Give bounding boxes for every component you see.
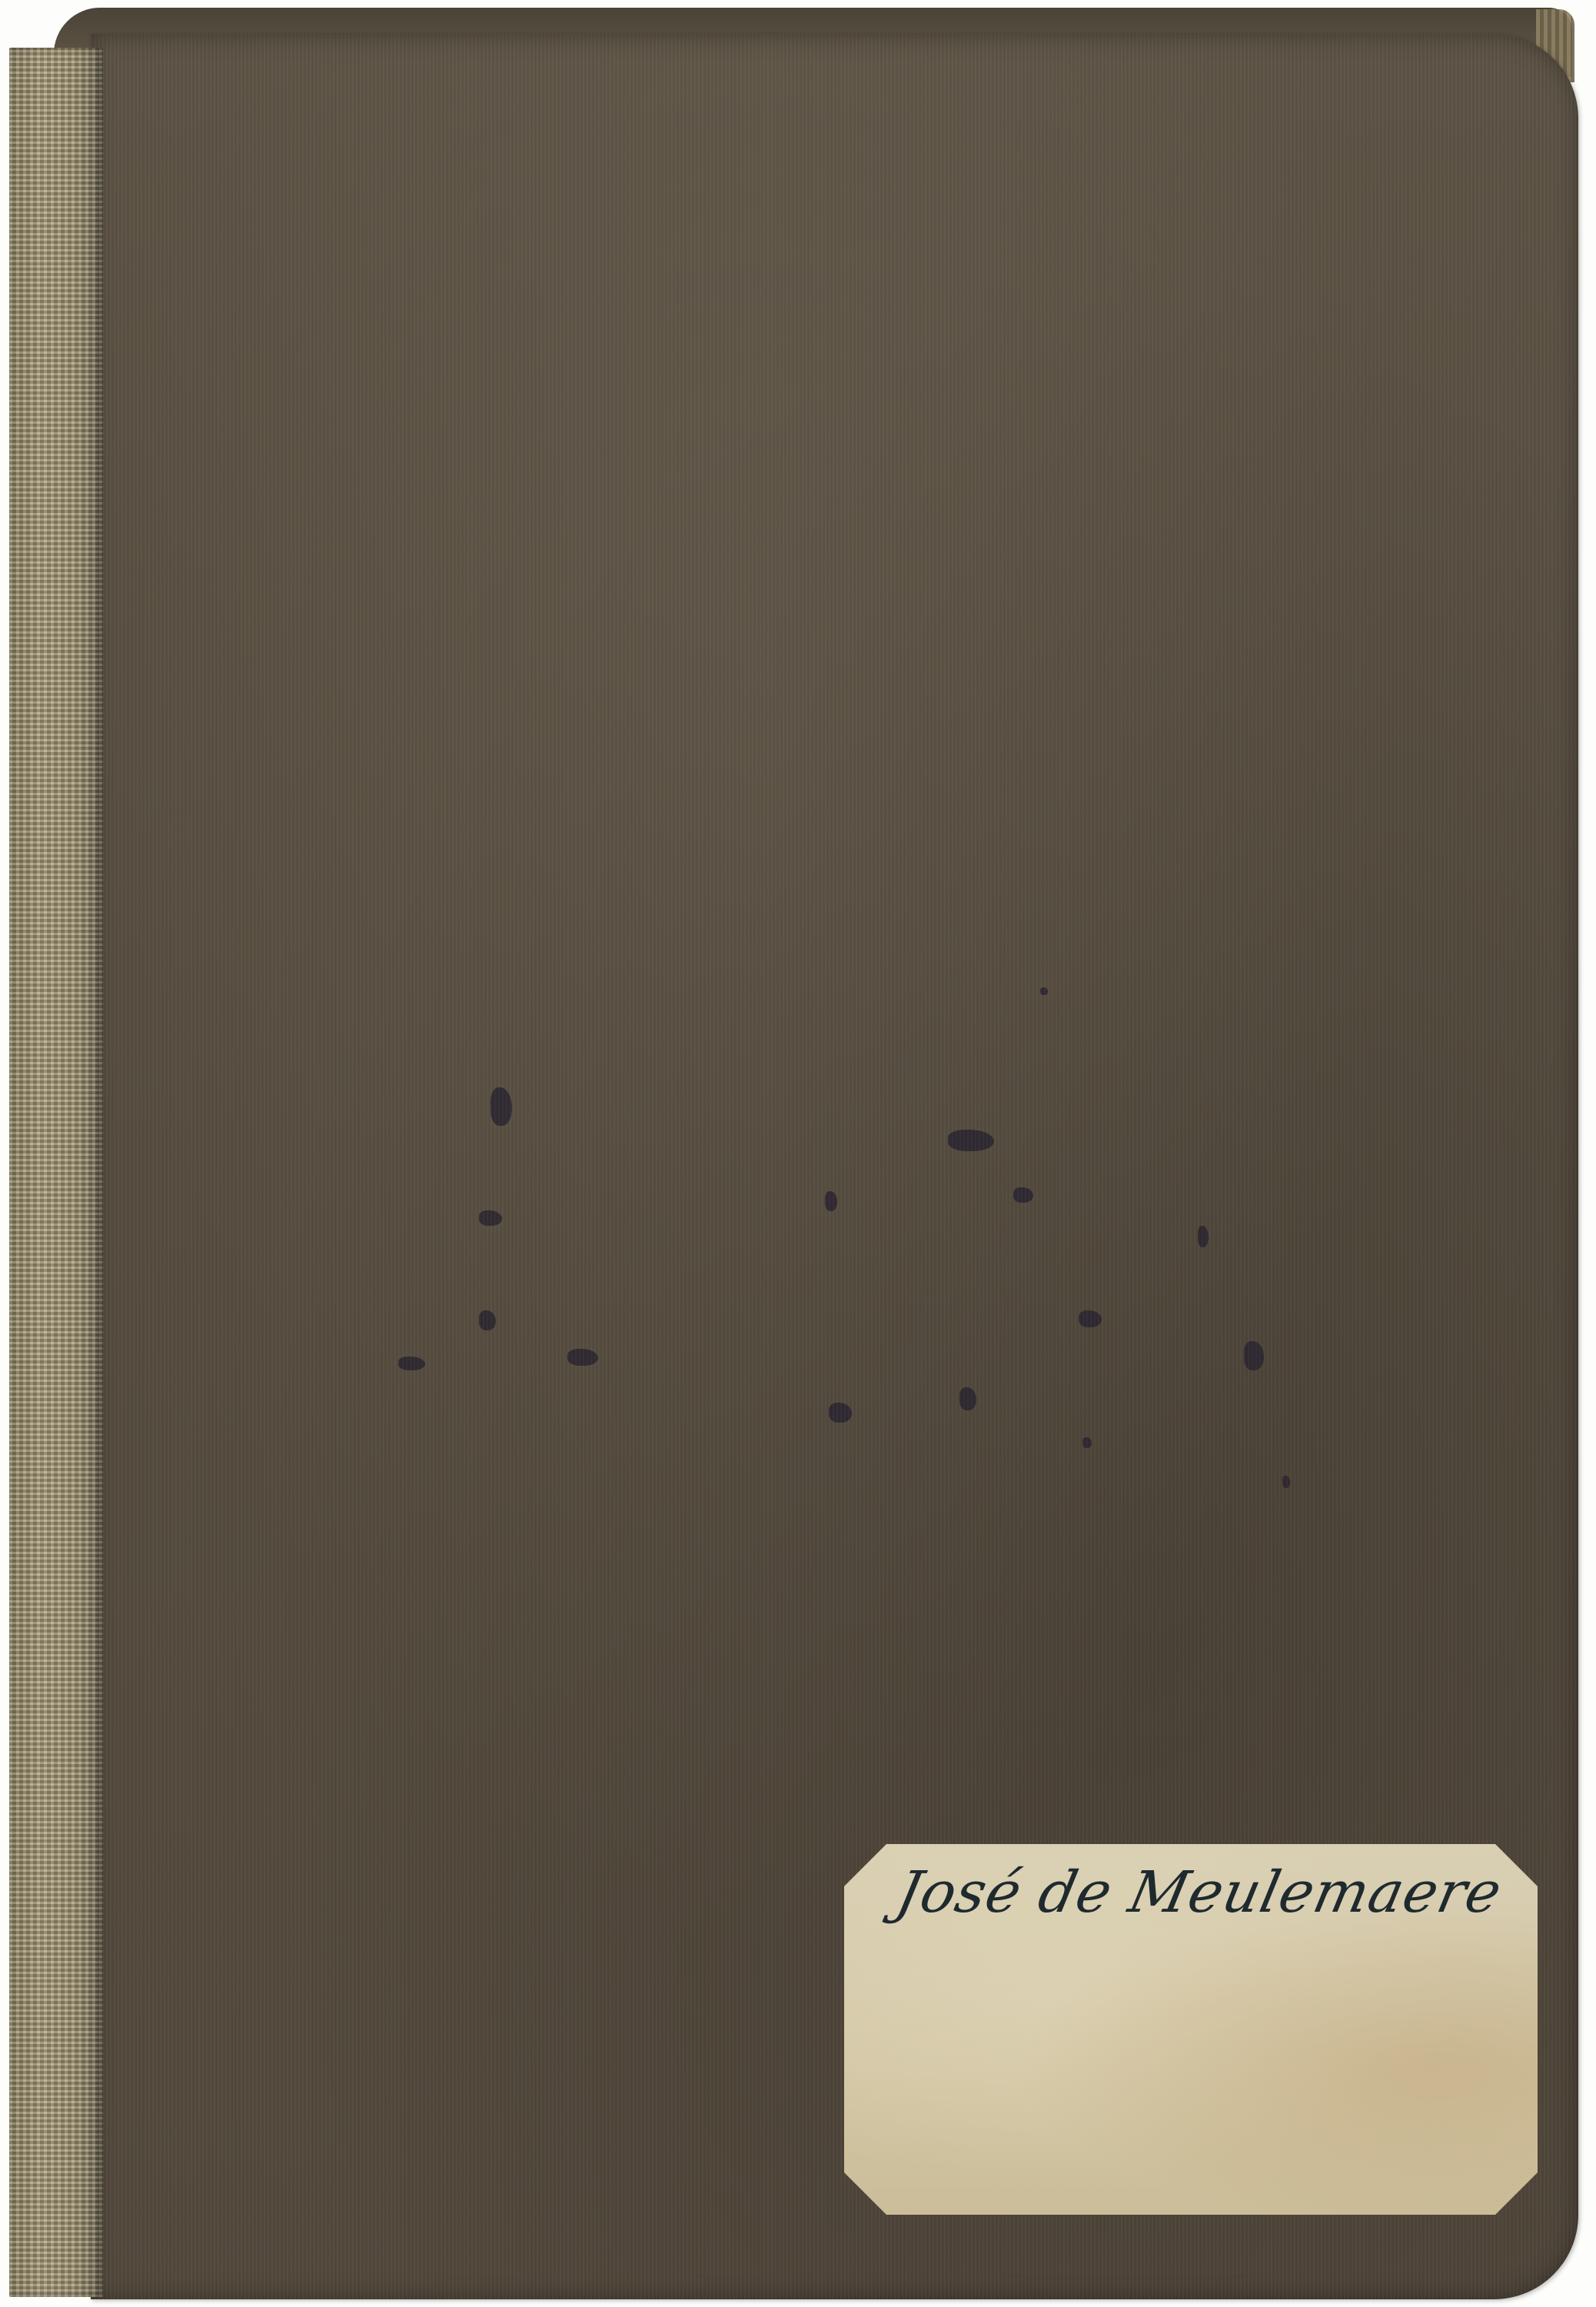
- photo-background: José de Meulemaere: [0, 0, 1596, 2307]
- wear-mark: [1079, 1310, 1102, 1327]
- wear-mark: [1082, 1437, 1092, 1448]
- wear-mark: [567, 1349, 598, 1366]
- wear-mark: [1198, 1226, 1209, 1247]
- wear-mark: [1282, 1476, 1290, 1488]
- name-label: José de Meulemaere: [844, 1844, 1538, 2215]
- wear-mark: [1040, 987, 1048, 995]
- wear-mark: [479, 1310, 496, 1330]
- wear-mark: [490, 1087, 512, 1126]
- cloth-spine: [9, 48, 103, 2297]
- wear-mark: [1013, 1187, 1033, 1203]
- wear-mark: [825, 1191, 837, 1211]
- wear-mark: [1244, 1341, 1264, 1370]
- wear-mark: [959, 1387, 976, 1410]
- wear-mark: [948, 1130, 994, 1151]
- wear-mark: [829, 1403, 852, 1423]
- wear-mark: [398, 1357, 425, 1370]
- handwritten-owner-name: José de Meulemaere: [891, 1859, 1508, 1926]
- wear-mark: [479, 1210, 502, 1226]
